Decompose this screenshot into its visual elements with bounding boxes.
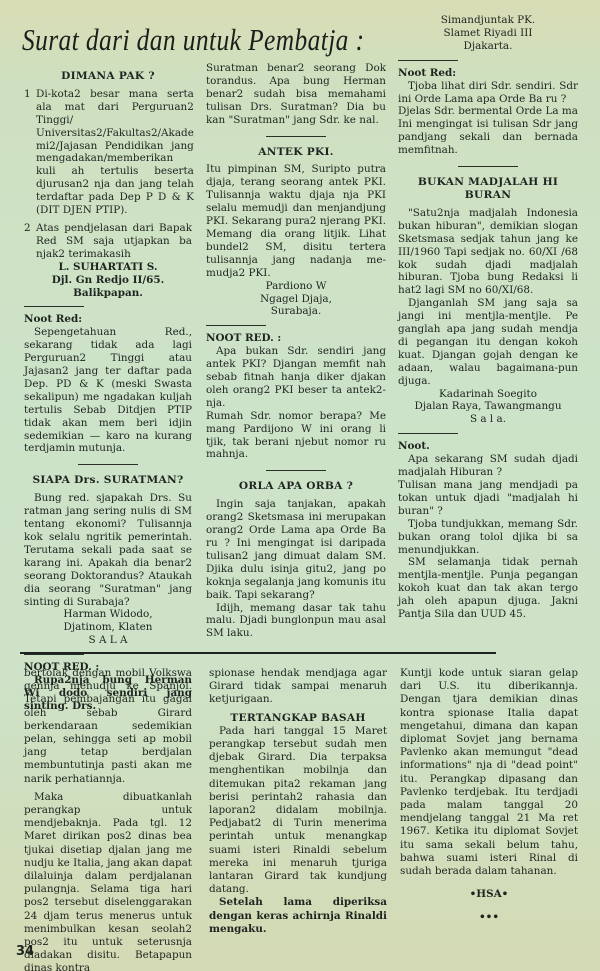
letter-text: Djanganlah SM jang saja sa jangi ini men… <box>398 297 578 387</box>
signature-line: Pardiono W <box>206 280 386 293</box>
article-text: Kuntji kode untuk siaran gelap dari U.S.… <box>400 667 578 878</box>
list-item: 2 Atas pendjelasan dari Bapak Red SM saj… <box>24 222 192 261</box>
reply-text: Apa sekarang SM sudah djadi madjalah Hib… <box>398 453 578 479</box>
article-text: bertolak dengan mobil Volkswa gennja men… <box>24 667 192 786</box>
letter-text: "Satu2nja madjalah Indonesia bukan hibur… <box>398 207 578 297</box>
reply-text: SM selamanja tidak pernah mentjla-mentjl… <box>398 556 578 621</box>
letter-text: Ingin saja tanjakan, apakah orang2 Skets… <box>206 498 386 601</box>
article-subheading: TERTANGKAP BASAH <box>209 712 387 725</box>
reply-label: Noot Red: <box>398 67 578 80</box>
article-text: spionase hendak mendjaga agar Girard tid… <box>209 667 387 707</box>
signature-line: Harman Widodo, <box>24 608 192 621</box>
divider <box>458 166 518 167</box>
reply-text: Sepengetahuan Red., sekarang tidak ada l… <box>24 326 192 455</box>
article-text: Setelah lama diperiksa dengan keras achi… <box>209 896 387 936</box>
divider <box>24 306 84 307</box>
article-text: Pada hari tanggal 15 Maret perangkap ter… <box>209 725 387 897</box>
letter-heading: ORLA APA ORBA ? <box>206 480 386 493</box>
reply-text: Rumah Sdr. nomor berapa? Me mang Pardijo… <box>206 410 386 462</box>
letter-heading: DIMANA PAK ? <box>24 70 192 83</box>
reply-text: Tjoba lihat diri Sdr. sendiri. Sdr ini O… <box>398 80 578 106</box>
signature-line: Surabaja. <box>206 305 386 318</box>
letter-text: Idijh, memang dasar tak tahu malu. Djadi… <box>206 602 386 641</box>
reply-label: NOOT RED. : <box>206 332 386 345</box>
column-3: Simandjuntak PK. Slamet Riyadi III Djaka… <box>398 14 578 621</box>
section-rule <box>20 652 496 654</box>
signature-line: Ngagel Djaja, <box>206 293 386 306</box>
reply-text: Djelas Sdr. bermental Orde La ma Ini men… <box>398 105 578 157</box>
divider <box>398 60 458 61</box>
signature-line: L. SUHARTATI S. <box>24 261 192 274</box>
letter-text: Itu pimpinan SM, Suripto putra djaja, te… <box>206 163 386 279</box>
column-1: DIMANA PAK ? 1 Di-kota2 besar mana serta… <box>24 70 192 713</box>
letter-heading: BUKAN MADJALAH HI BURAN <box>398 176 578 202</box>
reply-label: Noot Red: <box>24 313 192 326</box>
signature-line: Djl. Gn Redjo II/65. <box>24 274 192 287</box>
reply-text: Apa bukan Sdr. sendiri jang antek PKI? D… <box>206 345 386 410</box>
end-mark: ••• <box>400 911 578 924</box>
signature-line: S A L A <box>24 634 192 647</box>
list-item: 1 Di-kota2 besar mana serta ala mat dari… <box>24 88 192 217</box>
divider <box>78 464 138 465</box>
signature-line: Kadarinah Soegito <box>398 388 578 401</box>
reply-text: Tulisan mana jang mendjadi pa tokan untu… <box>398 479 578 518</box>
letter-text: Bung red. sjapakah Drs. Su ratman jang s… <box>24 492 192 608</box>
divider <box>24 654 84 655</box>
column-2: Suratman benar2 seorang Dok torandus. Ap… <box>206 62 386 640</box>
divider <box>206 325 266 326</box>
letter-heading: SIAPA Drs. SURATMAN? <box>24 474 192 487</box>
article-column-2: spionase hendak mendjaga agar Girard tid… <box>209 667 387 936</box>
signature-line: Djatinom, Klaten <box>24 621 192 634</box>
article-column-3: Kuntji kode untuk siaran gelap dari U.S.… <box>400 667 578 925</box>
letter-heading: ANTEK PKI. <box>206 146 386 159</box>
reply-text: Tjoba tundjukkan, memang Sdr. bukan oran… <box>398 518 578 557</box>
signature-line: Djakarta. <box>398 40 578 53</box>
article-column-1: bertolak dengan mobil Volkswa gennja men… <box>24 667 192 971</box>
byline: •HSA• <box>400 888 578 901</box>
divider <box>266 470 326 471</box>
divider <box>398 433 458 434</box>
signature-line: Slamet Riyadi III <box>398 27 578 40</box>
signature-line: Balikpapan. <box>24 287 192 300</box>
article-text: Maka dibuatkanlah perangkap untuk mendje… <box>24 791 192 971</box>
page-number: 34 <box>16 944 34 959</box>
signature-line: Simandjuntak PK. <box>398 14 578 27</box>
reply-label: Noot. <box>398 440 578 453</box>
signature-line: Djalan Raya, Tawangmangu <box>398 400 578 413</box>
reply-text: Suratman benar2 seorang Dok torandus. Ap… <box>206 62 386 127</box>
divider <box>266 136 326 137</box>
signature-line: S a l a. <box>398 413 578 426</box>
page-title: Surat dari dan untuk Pembatja : <box>22 22 364 58</box>
